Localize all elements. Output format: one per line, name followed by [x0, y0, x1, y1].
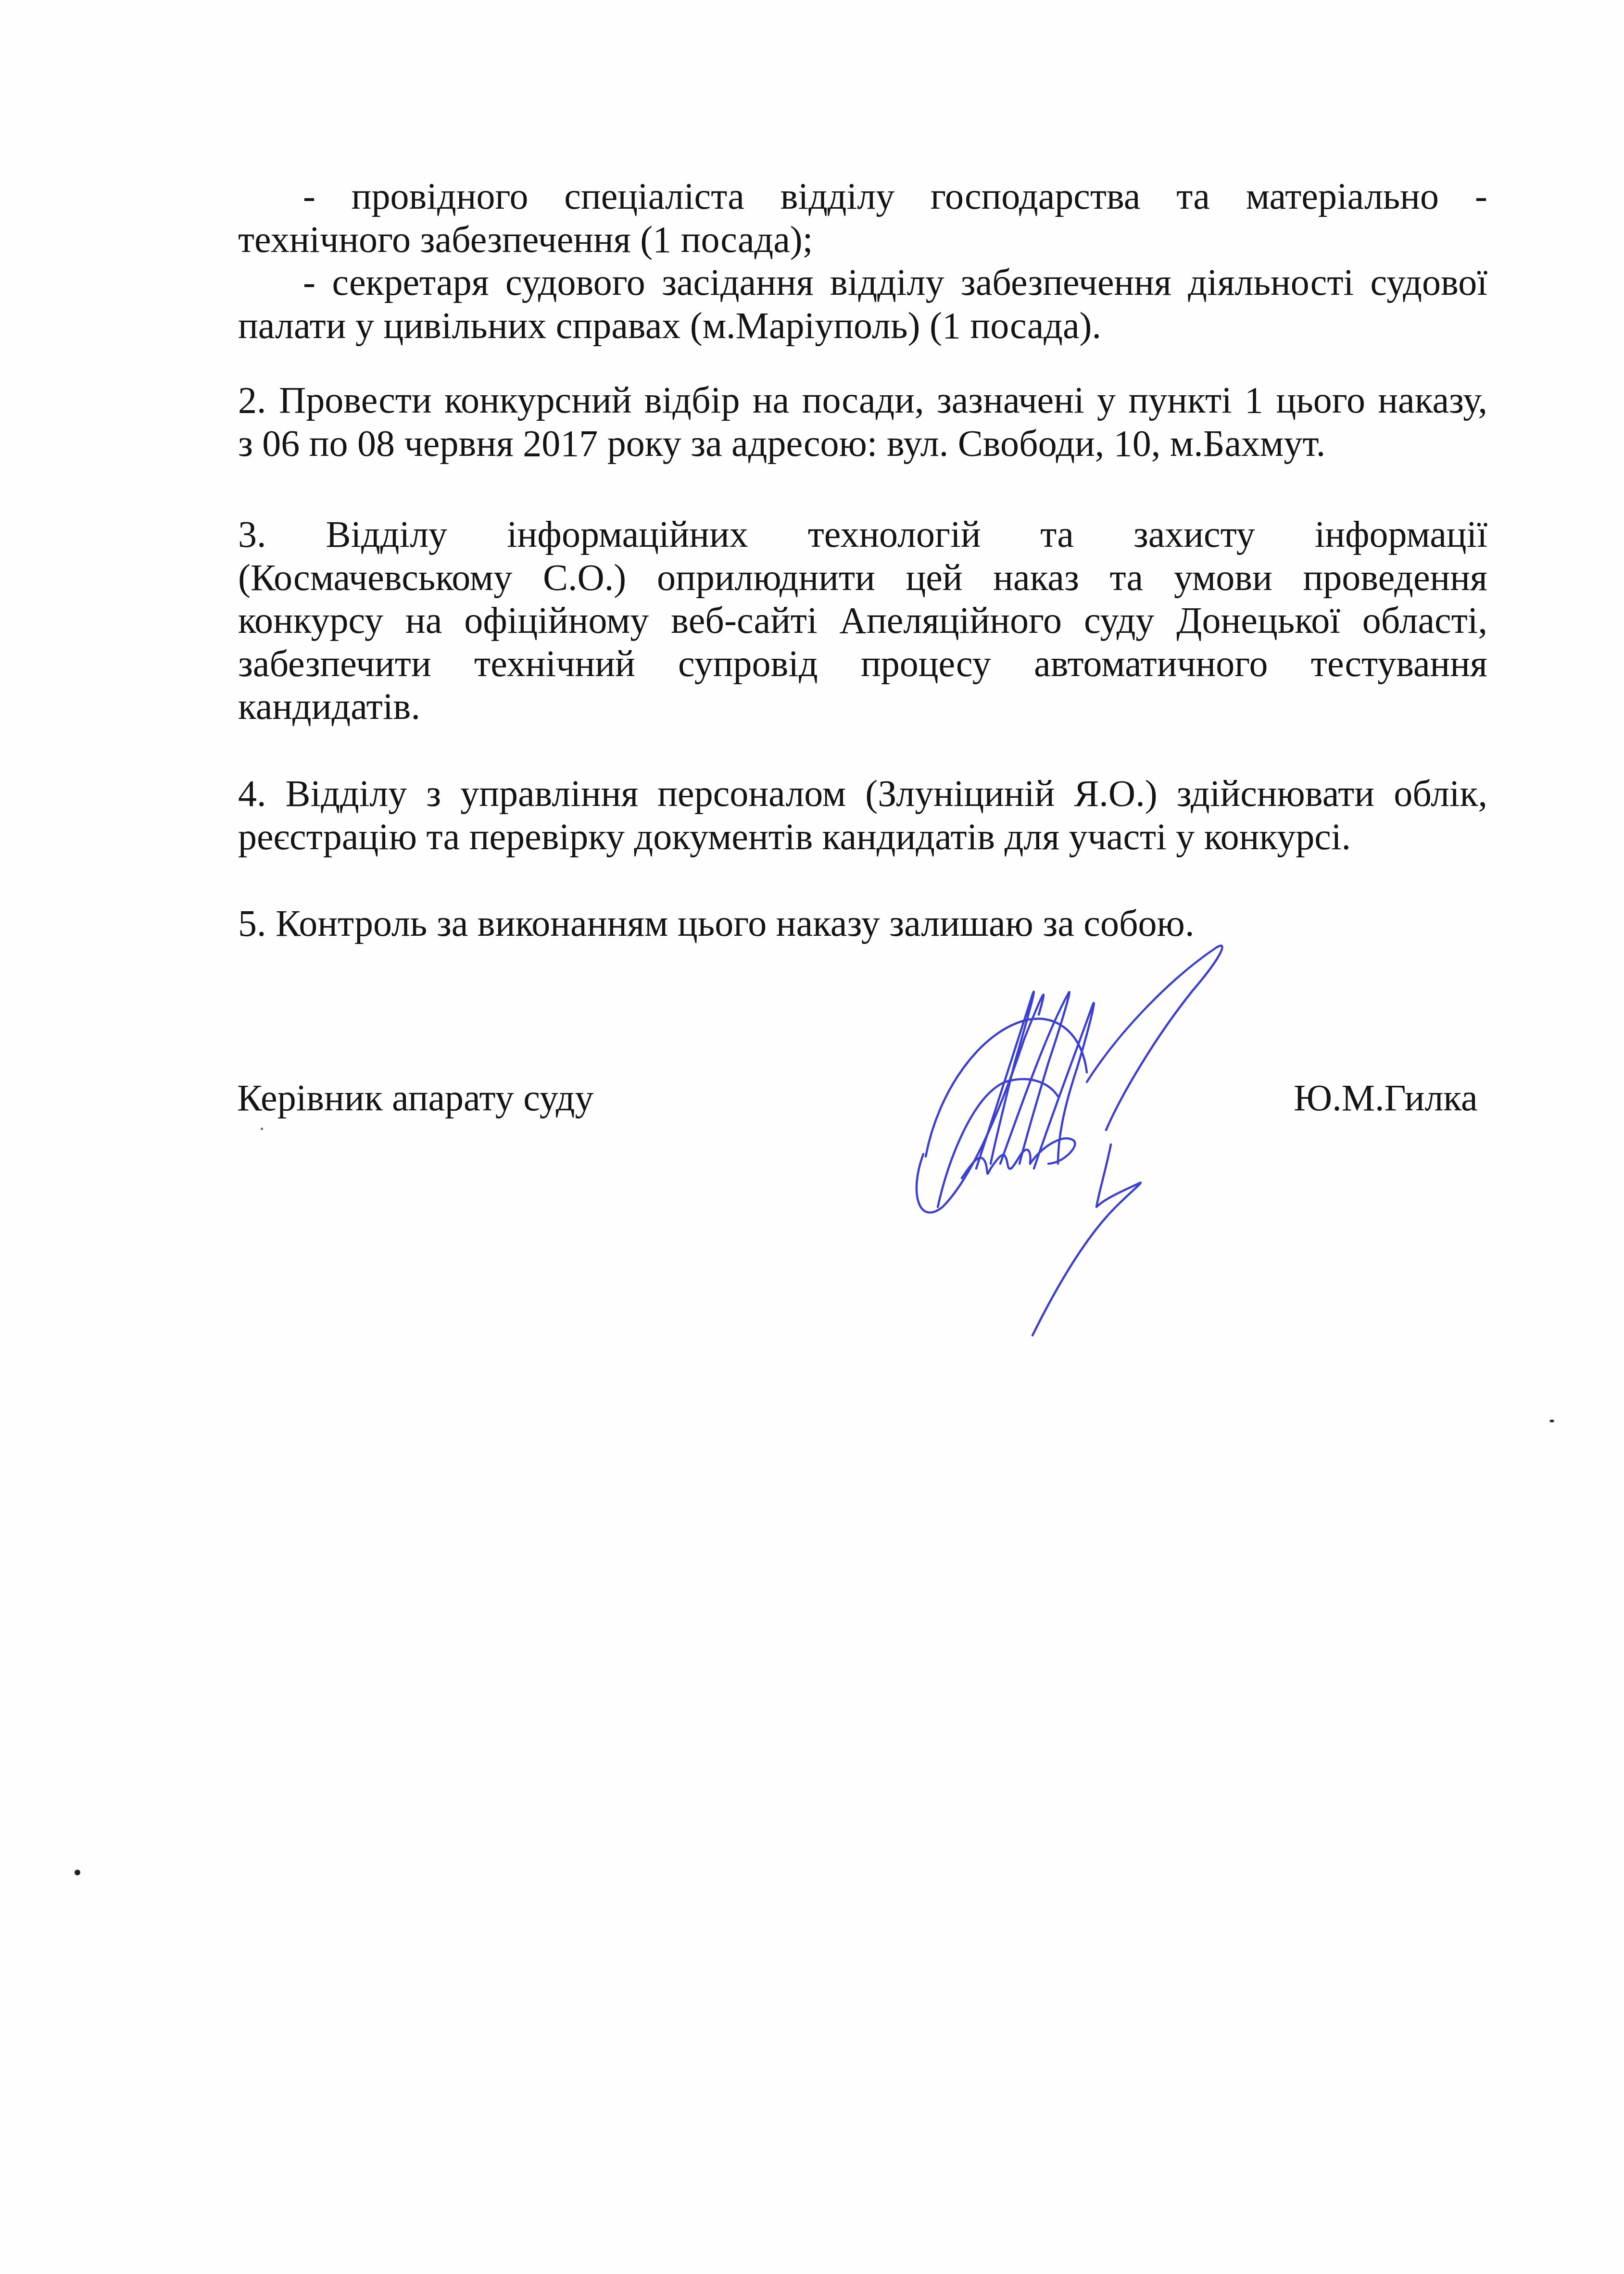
scan-artifact-mark: [261, 1128, 263, 1130]
paragraph-item-2: 2.Провестиконкурснийвідбірнапосади,зазна…: [238, 378, 1487, 465]
text-line: 2.Провестиконкурснийвідбірнапосади,зазна…: [238, 378, 1487, 422]
handwritten-signature-icon: [904, 938, 1250, 1361]
text-line: з 06 по 08 червня 2017 року за адресою: …: [238, 422, 1487, 465]
text-line: (КосмачевськомуС.О.)оприлюднитицейнаказт…: [238, 556, 1487, 599]
text-line: конкурсунаофіційномувеб-сайтіАпеляційног…: [238, 599, 1487, 642]
paragraph-item-4: 4.Відділузуправлінняперсоналом(Злуніцині…: [238, 772, 1487, 858]
text-line: технічного забезпечення (1 посада);: [238, 218, 1487, 261]
text-line: 3.Відділуінформаційнихтехнологійтазахист…: [238, 513, 1487, 556]
scan-artifact-mark: [1549, 1420, 1554, 1422]
document-page: -провідногоспеціаліставідділугосподарств…: [0, 0, 1624, 2274]
text-line: забезпечититехнічнийсупровідпроцесуавтом…: [238, 642, 1487, 685]
text-line: кандидатів.: [238, 685, 1487, 728]
text-line: 4.Відділузуправлінняперсоналом(Злуніцині…: [238, 772, 1487, 815]
text-line: -секретарясудовогозасіданнявідділузабезп…: [238, 261, 1487, 304]
paragraph-position-list: -провідногоспеціаліставідділугосподарств…: [238, 175, 1487, 347]
signatory-name: Ю.М.Гилка: [1294, 1076, 1478, 1119]
signatory-title: Керівник апарату суду: [237, 1076, 594, 1119]
text-line: реєстрацію та перевірку документів канди…: [238, 815, 1487, 858]
text-line: палати у цивільних справах (м.Маріуполь)…: [238, 304, 1487, 347]
paragraph-item-5: 5. Контроль за виконанням цього наказу з…: [238, 902, 1487, 945]
text-line: 5. Контроль за виконанням цього наказу з…: [238, 902, 1487, 945]
paragraph-item-3: 3.Відділуінформаційнихтехнологійтазахист…: [238, 513, 1487, 728]
scan-artifact-dot: [75, 1870, 80, 1875]
text-line: -провідногоспеціаліставідділугосподарств…: [238, 175, 1487, 218]
